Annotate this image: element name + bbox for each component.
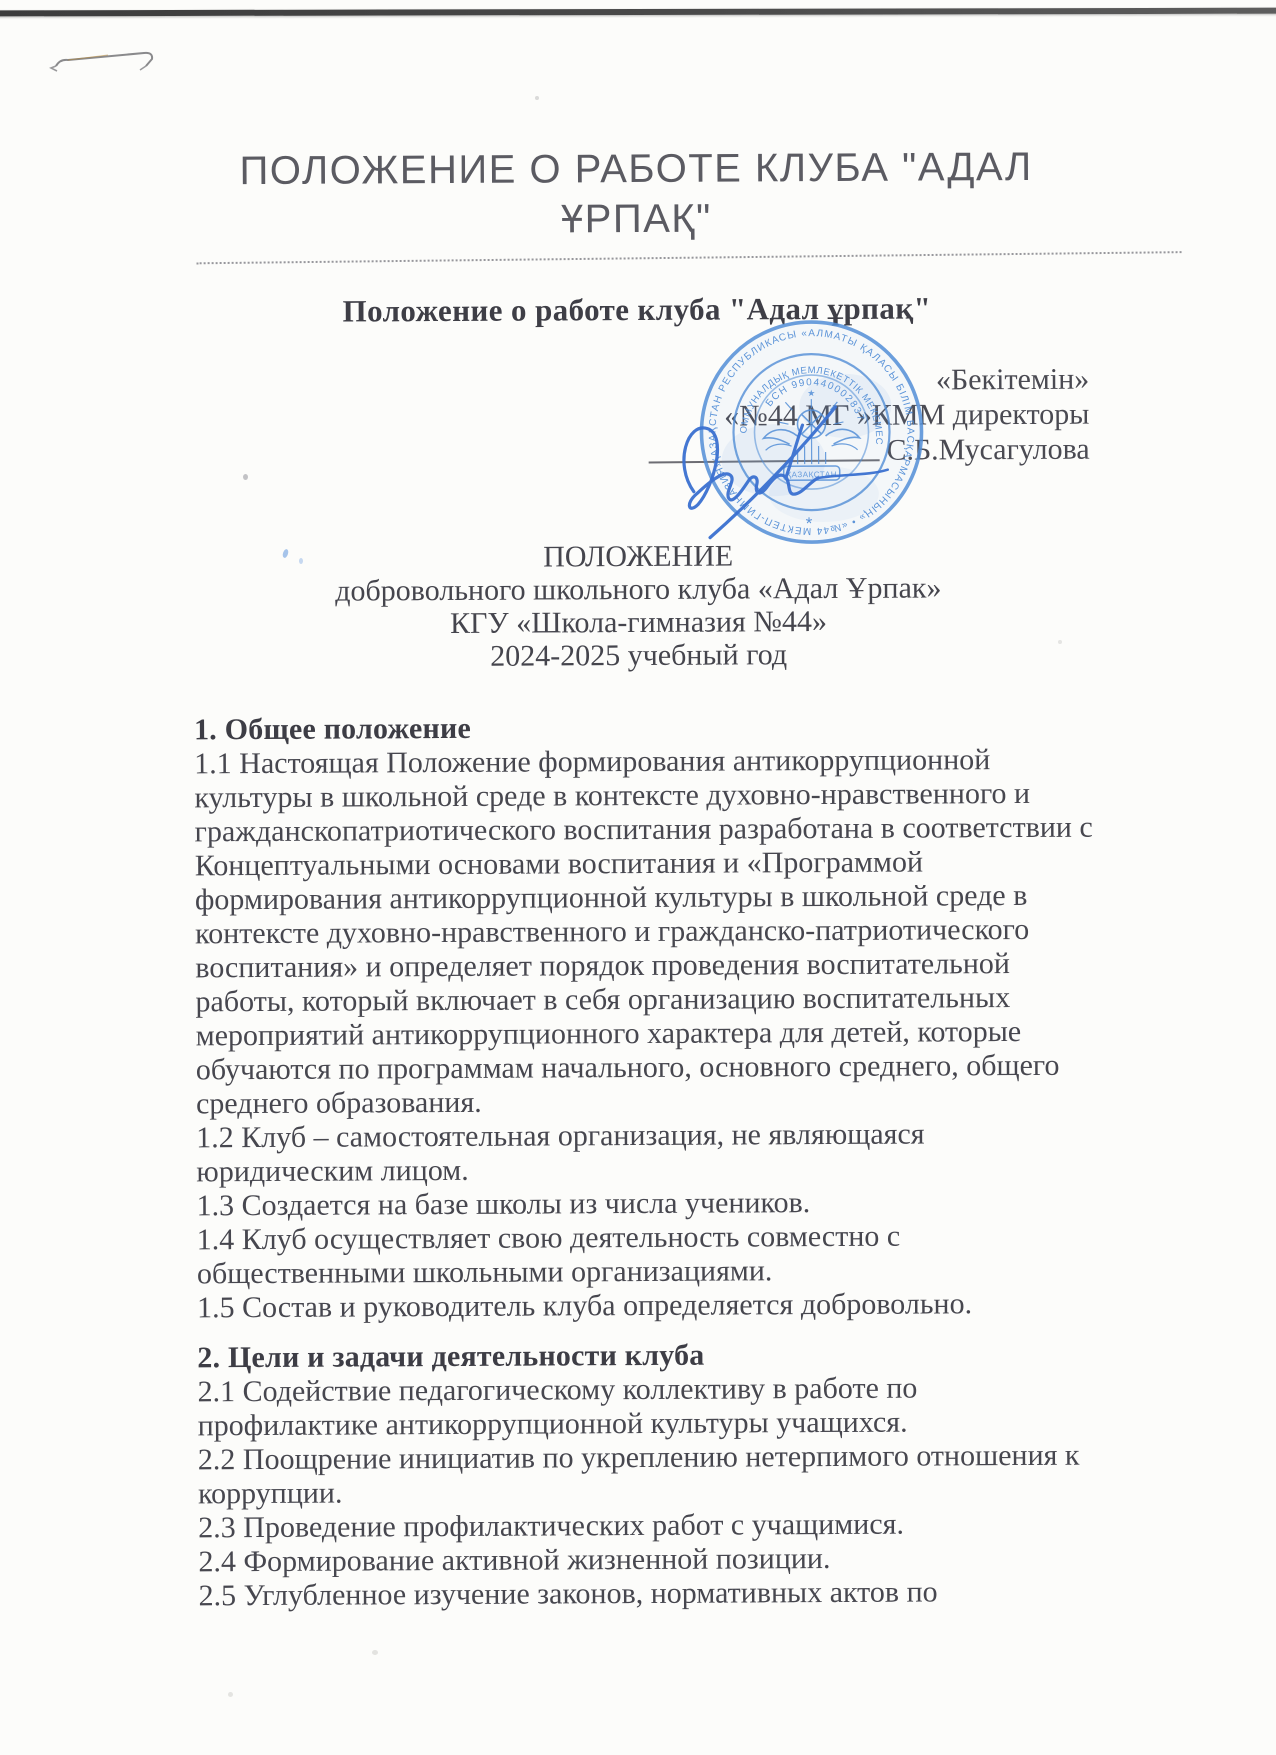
- paragraph: 2.5 Углубленное изучение законов, нормат…: [199, 1575, 1099, 1614]
- scanned-page: ПОЛОЖЕНИЕ О РАБОТЕ КЛУБА "АДАЛ ҰРПАҚ" По…: [0, 0, 1276, 1755]
- document-title-text: ПОЛОЖЕНИЕ О РАБОТЕ КЛУБА "АДАЛ ҰРПАҚ": [216, 142, 1057, 246]
- paragraph: 1.2 Клуб – самостоятельная организация, …: [196, 1117, 1096, 1190]
- document-subtitle: Положение о работе клуба "Адал ұрпақ": [0, 289, 1275, 332]
- section-general-provisions: 1. Общее положение 1.1 Настоящая Положен…: [194, 709, 1097, 1326]
- paragraph: 2.2 Поощрение инициатив по укреплению не…: [198, 1439, 1098, 1512]
- heading-line-year: 2024-2025 учебный год: [1, 636, 1276, 676]
- section-title: 2. Цели и задачи деятельности клуба: [197, 1337, 1097, 1376]
- paragraph: 2.4 Формирование активной жизненной пози…: [198, 1541, 1098, 1580]
- paragraph: 1.5 Состав и руководитель клуба определя…: [197, 1287, 1097, 1326]
- paragraph: 1.1 Настоящая Положение формирования ант…: [194, 743, 1096, 1122]
- document-body: 1. Общее положение 1.1 Настоящая Положен…: [194, 709, 1099, 1614]
- paragraph: 2.1 Содействие педагогическому коллектив…: [197, 1371, 1097, 1444]
- paragraph: 1.4 Клуб осуществляет свою деятельность …: [197, 1219, 1097, 1292]
- director-signature: [637, 391, 894, 547]
- section-goals-tasks: 2. Цели и задачи деятельности клуба 2.1 …: [197, 1337, 1098, 1614]
- paragraph: 1.3 Создается на базе школы из числа уче…: [196, 1185, 1096, 1224]
- section-title: 1. Общее положение: [194, 709, 1094, 748]
- document-title: ПОЛОЖЕНИЕ О РАБОТЕ КЛУБА "АДАЛ ҰРПАҚ": [0, 141, 1275, 248]
- paragraph: 2.3 Проведение профилактических работ с …: [198, 1507, 1098, 1546]
- document-heading-block: ПОЛОЖЕНИЕ добровольного школьного клуба …: [0, 537, 1276, 676]
- dotted-divider: [197, 251, 1182, 264]
